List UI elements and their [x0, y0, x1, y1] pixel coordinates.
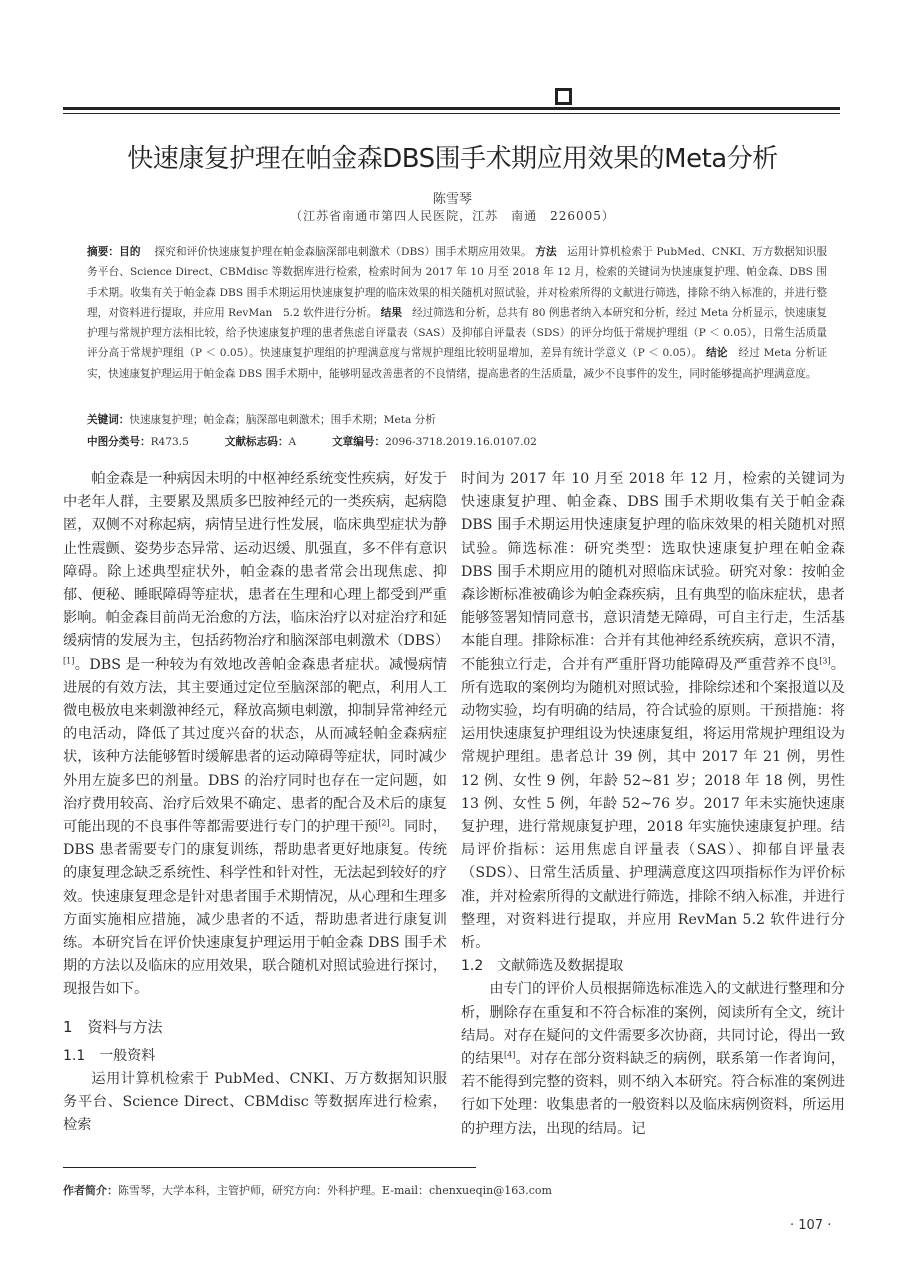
doc-code-value: A: [288, 436, 296, 448]
document-code: 文献标志码：A: [225, 434, 296, 449]
section-1-1-paragraph-cont: 时间为 2017 年 10 月至 2018 年 12 月，检索的关键词为快速康复…: [461, 468, 845, 955]
intro-text-2: 。DBS 是一种较为有效地改善帕金森患者症状。减慢病情进展的有效方法，其主要通过…: [63, 657, 447, 835]
section-1-2-paragraph: 由专门的评价人员根据筛选标准选入的文献进行整理和分析，删除存在重复和不符合标准的…: [461, 978, 845, 1140]
section-heading-1-1: 1.1 一般资料: [63, 1045, 447, 1068]
author-affiliation: （江苏省南通市第四人民医院，江苏 南通 226005）: [0, 207, 905, 224]
body-column-left: 帕金森是一种病因未明的中枢神经系统变性疾病，好发于中老年人群，主要累及黑质多巴胺…: [63, 468, 447, 1138]
clc-number: 中图分类号：R473.5: [87, 434, 189, 449]
abstract: 摘要：目的 探究和评价快速康复护理在帕金森脑深部电刺激术（DBS）围手术期应用效…: [87, 242, 827, 384]
citation-4: [4]: [504, 1050, 515, 1059]
citation-3: [3]: [819, 656, 830, 665]
keywords: 关键词：快速康复护理；帕金森；脑深部电刺激术；围手术期；Meta 分析: [87, 412, 827, 427]
footnote-divider: [63, 1167, 476, 1168]
header-rule-thick: [63, 107, 840, 110]
article-no-value: 2096-3718.2019.16.0107.02: [385, 436, 537, 448]
section-heading-1: 1 资料与方法: [63, 1016, 447, 1039]
methods-label: 方法: [535, 246, 556, 258]
conclusion-label: 结论: [706, 347, 728, 359]
clc-label: 中图分类号：: [87, 436, 151, 448]
section-heading-1-2: 1.2 文献筛选及数据提取: [461, 955, 845, 978]
body-column-right: 时间为 2017 年 10 月至 2018 年 12 月，检索的关键词为快速康复…: [461, 468, 845, 1141]
article-metadata: 中图分类号：R473.5 文献标志码：A 文章编号：2096-3718.2019…: [87, 434, 827, 449]
doc-code-label: 文献标志码：: [225, 436, 289, 448]
intro-text-1: 帕金森是一种病因未明的中枢神经系统变性疾病，好发于中老年人群，主要累及黑质多巴胺…: [63, 471, 449, 649]
intro-text-3: 。同时，DBS 患者需要专门的康复训练，帮助患者更好地康复。传统的康复理念缺乏系…: [63, 819, 447, 997]
article-number: 文章编号：2096-3718.2019.16.0107.02: [332, 434, 537, 449]
page-number: · 107 ·: [790, 1218, 831, 1233]
keywords-label: 关键词：: [87, 414, 129, 426]
objective-text: 探究和评价快速康复护理在帕金森脑深部电刺激术（DBS）围手术期应用效果。: [155, 246, 532, 258]
square-outline-icon: [555, 88, 572, 105]
footnote-text: 陈雪琴，大学本科，主管护师，研究方向：外科护理。E-mail：chenxueqi…: [118, 1184, 552, 1197]
abstract-label: 摘要：: [87, 246, 119, 258]
keywords-value: 快速康复护理；帕金森；脑深部电刺激术；围手术期；Meta 分析: [129, 414, 436, 426]
results-label: 结果: [381, 307, 402, 319]
citation-2: [2]: [378, 818, 389, 827]
s11-text-1: 时间为 2017 年 10 月至 2018 年 12 月，检索的关键词为快速康复…: [461, 471, 845, 673]
section-1-1-paragraph: 运用计算机检索于 PubMed、CNKI、万方数据知识服务平台、Science …: [63, 1068, 447, 1138]
paper-title: 快速康复护理在帕金森DBS围手术期应用效果的Meta分析: [0, 138, 905, 175]
article-no-label: 文章编号：: [332, 436, 385, 448]
footnote-label: 作者简介：: [63, 1184, 118, 1197]
author-footnote: 作者简介：陈雪琴，大学本科，主管护师，研究方向：外科护理。E-mail：chen…: [63, 1182, 552, 1198]
header-rule-thin: [63, 113, 840, 114]
intro-paragraph: 帕金森是一种病因未明的中枢神经系统变性疾病，好发于中老年人群，主要累及黑质多巴胺…: [63, 468, 447, 1002]
objective-label: 目的: [119, 246, 140, 258]
s12-text-2: 。对存在部分资料缺乏的病例，联系第一作者询问，若不能得到完整的资料，则不纳入本研…: [461, 1051, 845, 1137]
s11-text-2: 。所有选取的案例均为随机对照试验，排除综述和个案报道以及动物实验，均有明确的结局…: [461, 657, 845, 951]
author-name: 陈雪琴: [0, 188, 905, 207]
citation-1: [1]: [63, 656, 74, 665]
clc-value: R473.5: [151, 436, 189, 448]
